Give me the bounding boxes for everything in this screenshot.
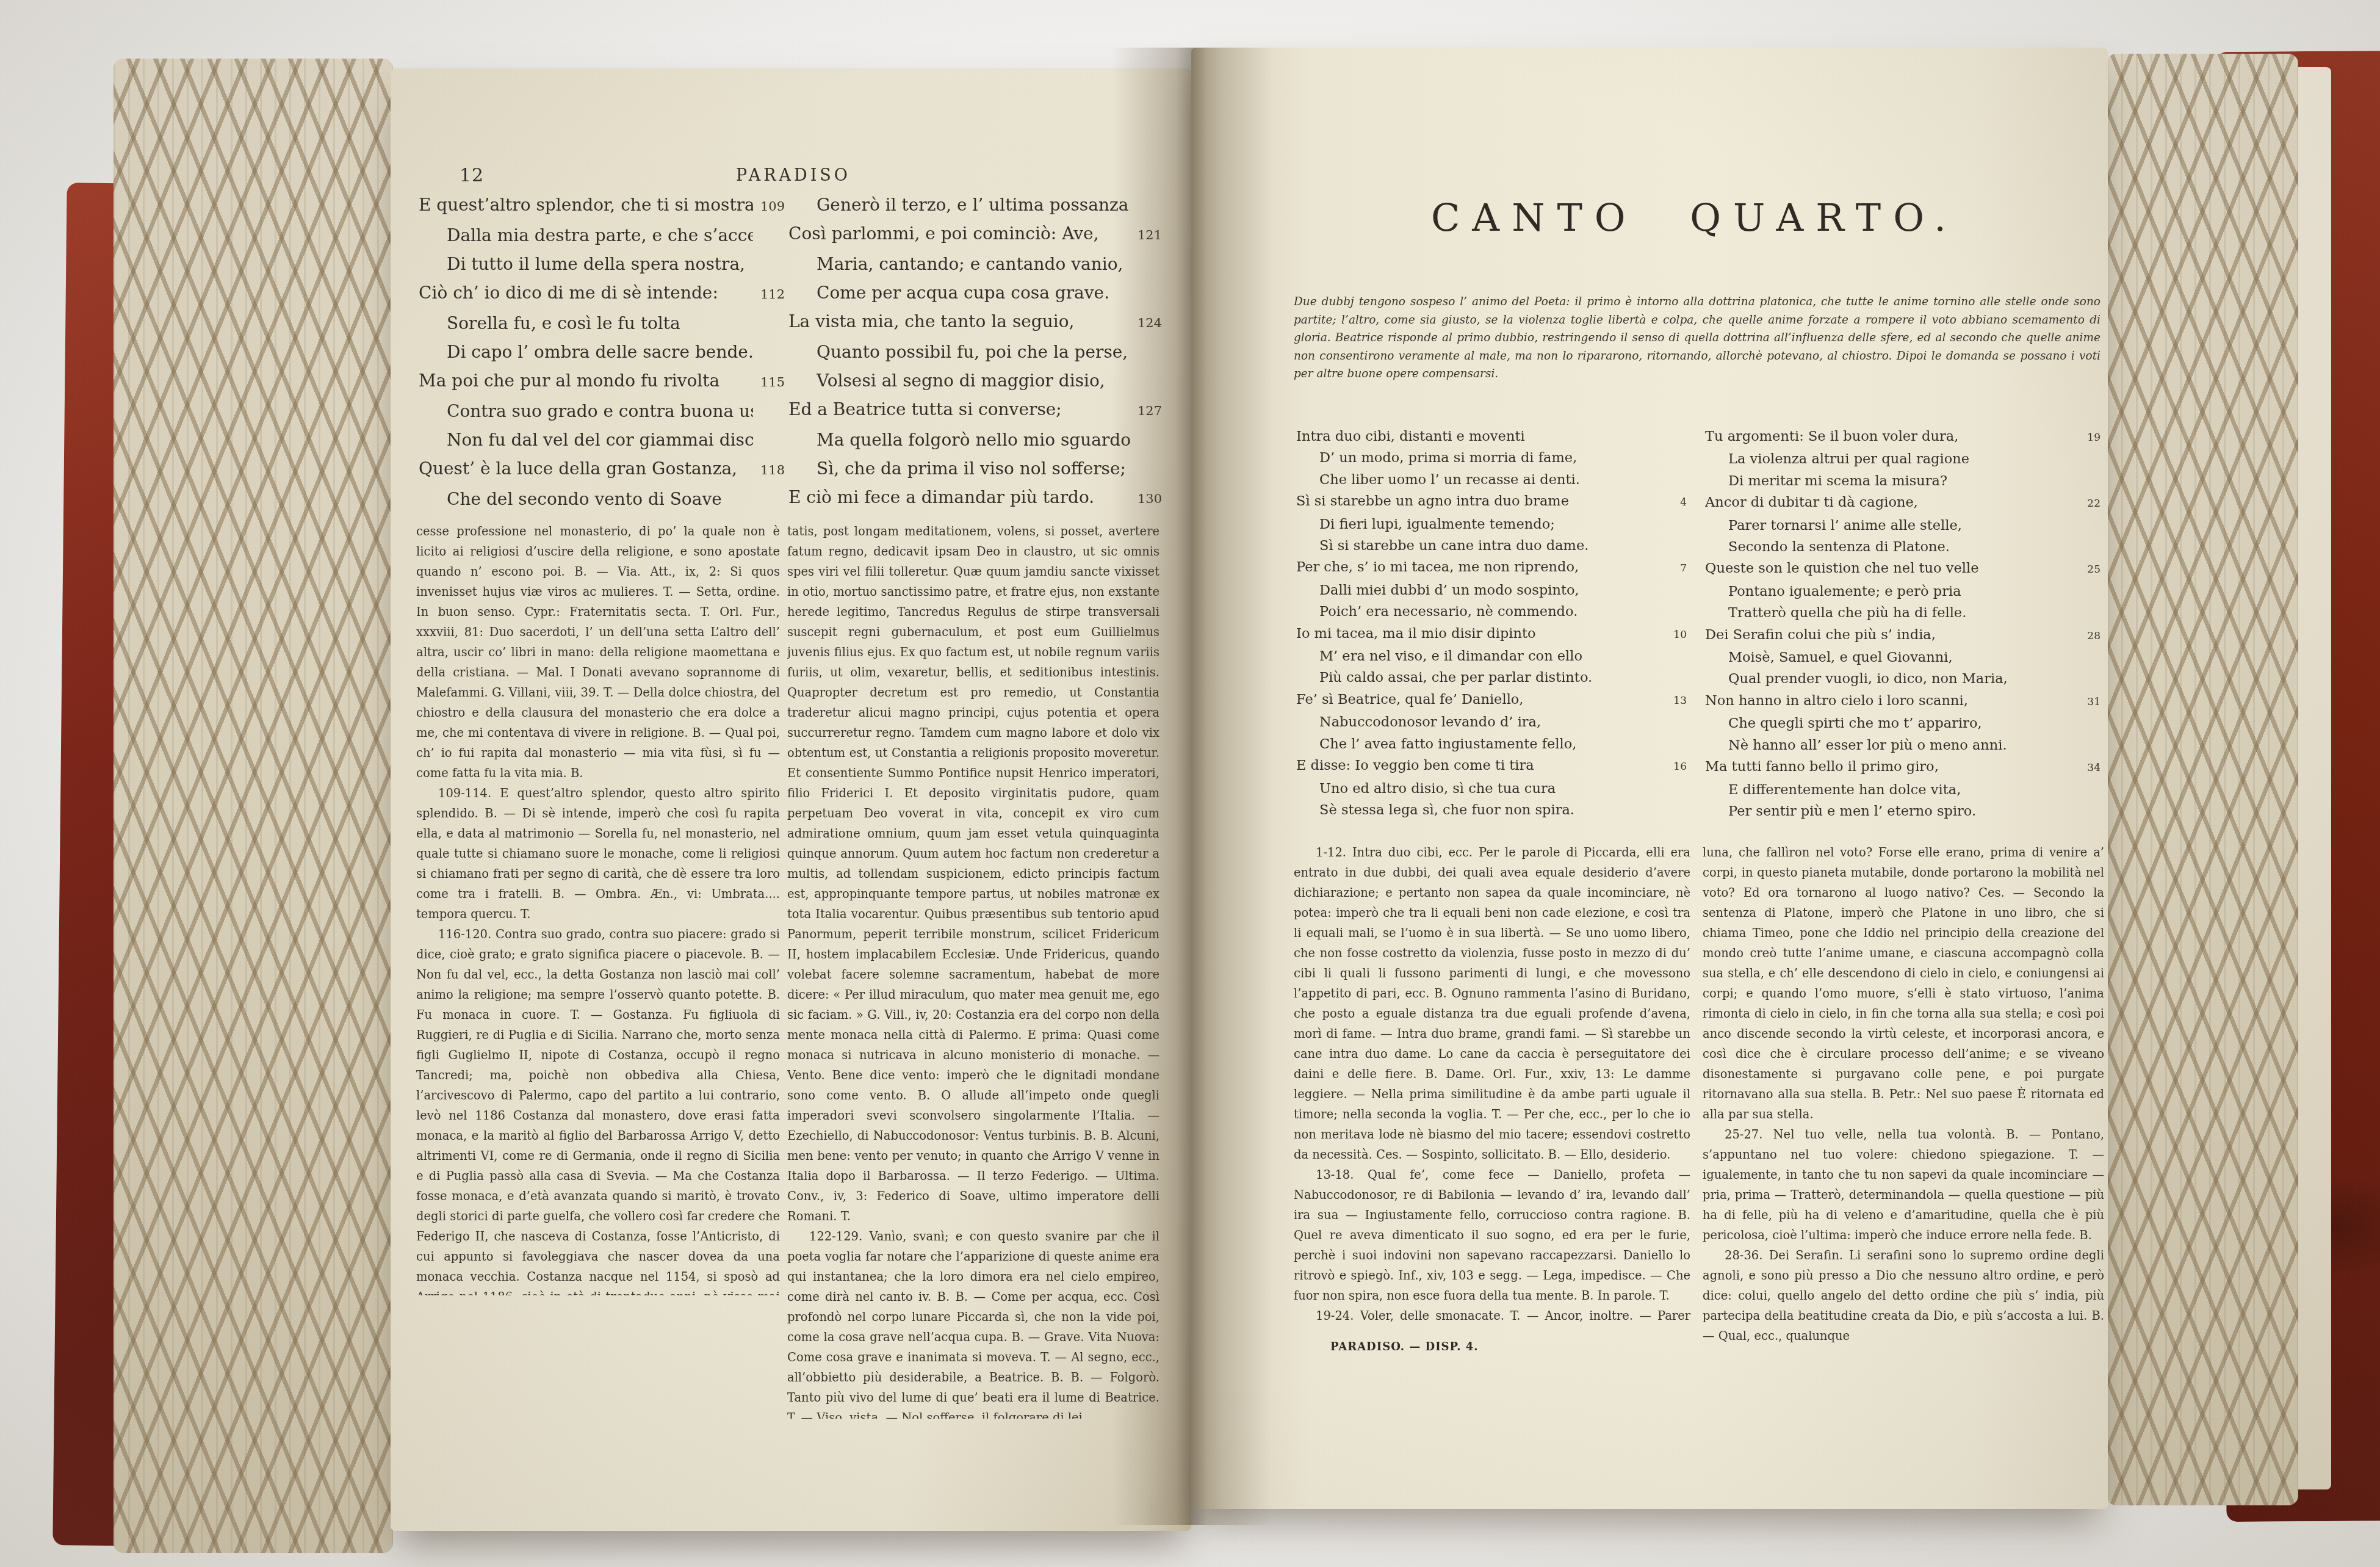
verse-text: Quest’ è la luce della gran Gostanza, <box>419 454 753 483</box>
verse-text: Ciò ch’ io dico di me di sè intende: <box>419 278 753 307</box>
running-header: PARADISO <box>415 166 1172 185</box>
verse-text: Che liber uomo l’ un recasse ai denti. <box>1296 469 1660 491</box>
verse-text: Più caldo assai, che per parlar distinto… <box>1296 667 1660 689</box>
verse-text: Che l’ avea fatto ingiustamente fello, <box>1296 734 1660 755</box>
verse-line: E disse: Io veggio ben come ti tira16 <box>1296 755 1687 778</box>
verse-text: Dalla mia destra parte, e che s’accende <box>419 221 753 250</box>
verse-line: Parer tornarsi l’ anime alle stelle, <box>1705 515 2101 537</box>
verse-number: 4 <box>1660 492 1687 513</box>
verse-text: Queste son le quistion che nel tuo velle <box>1705 558 2074 579</box>
left-page: 12 PARADISO E quest’altro splendor, che … <box>391 68 1191 1531</box>
verse-text: E quest’altro splendor, che ti si mostra <box>419 190 753 219</box>
verse-line: Ancor di dubitar ti dà cagione,22 <box>1705 492 2101 515</box>
commentary-paragraph: cesse professione nel monasterio, di po’… <box>416 521 780 783</box>
verse-text: Secondo la sentenza di Platone. <box>1705 537 2074 558</box>
verse-line: Contra suo grado e contra buona usanza, <box>419 397 785 425</box>
verse-text: Non hanno in altro cielo i loro scanni, <box>1705 690 2074 712</box>
verse-line: Sì si starebbe un cane intra duo dame. <box>1296 535 1687 557</box>
verse-line: Non fu dal vel del cor giammai disciolta… <box>419 425 785 454</box>
verse-line: E differentemente han dolce vita, <box>1705 780 2101 801</box>
verse-text: Generò il terzo, e l’ ultima possanza. <box>788 190 1130 219</box>
verse-number: 109 <box>753 192 785 221</box>
verse-number: 10 <box>1660 624 1687 646</box>
left-page-edges <box>114 59 393 1553</box>
verse-column-2: Tu argomenti: Se il buon voler dura,19La… <box>1705 426 2101 822</box>
verse-text: Uno ed altro disio, sì che tua cura <box>1296 778 1660 800</box>
verse-line: Moisè, Samuel, e quel Giovanni, <box>1705 647 2101 668</box>
verse-number: 7 <box>1660 558 1687 579</box>
verse-line: Che quegli spirti che mo t’ appariro, <box>1705 713 2101 734</box>
verse-number: 130 <box>1130 485 1162 513</box>
verse-line: Tratterò quella che più ha di felle. <box>1705 603 2101 624</box>
verse-text: Sè stessa lega sì, che fuor non spira. <box>1296 800 1660 821</box>
verse-line: Che del secondo vento di Soave <box>419 485 785 513</box>
verse-text: Nè hanno all’ esser lor più o meno anni. <box>1705 735 2074 756</box>
verse-line: E quest’altro splendor, che ti si mostra… <box>419 190 785 221</box>
commentary-paragraph: 13-18. Qual fe’, come fece — Daniello, p… <box>1294 1165 1690 1306</box>
verse-line: Sì si starebbe un agno intra duo brame4 <box>1296 491 1687 513</box>
verse-line: Che l’ avea fatto ingiustamente fello, <box>1296 734 1687 755</box>
verse-text: Pontano igualemente; e però pria <box>1705 581 2074 603</box>
verse-number: 118 <box>753 456 785 485</box>
verse-text: Poich’ era necessario, nè commendo. <box>1296 601 1660 623</box>
verse-line: La violenza altrui per qual ragione <box>1705 449 2101 470</box>
verse-text: Non fu dal vel del cor giammai disciolta… <box>419 425 753 454</box>
canto-title: CANTO QUARTO. <box>1289 195 2101 240</box>
verse-number: 25 <box>2074 559 2101 581</box>
verse-text: Per che, s’ io mi tacea, me non riprendo… <box>1296 557 1660 578</box>
verse-number: 31 <box>2074 692 2101 713</box>
commentary-paragraph: 19-24. Voler, delle smonacate. T. — Anco… <box>1294 1306 1690 1331</box>
verse-number: 13 <box>1660 690 1687 712</box>
printer-signature: PARADISO. — DISP. 4. <box>1330 1341 1478 1353</box>
verse-line: Uno ed altro disio, sì che tua cura <box>1296 778 1687 800</box>
verse-line: Io mi tacea, ma il mio disir dipinto10 <box>1296 623 1687 646</box>
verse-text: Parer tornarsi l’ anime alle stelle, <box>1705 515 2074 537</box>
verse-text: Ma quella folgorò nello mio sguardo <box>788 425 1130 454</box>
verse-number: 121 <box>1130 221 1162 250</box>
verse-number: 127 <box>1130 397 1162 425</box>
verse-column-1: E quest’altro splendor, che ti si mostra… <box>419 190 785 513</box>
verse-text: Dei Serafin colui che più s’ india, <box>1705 624 2074 646</box>
verse-line: Nabuccodonosor levando d’ ira, <box>1296 712 1687 733</box>
verse-number: 112 <box>753 280 785 309</box>
right-page-edges <box>2107 54 2298 1505</box>
verse-line: Nè hanno all’ esser lor più o meno anni. <box>1705 735 2101 756</box>
verse-line: Di capo l’ ombra delle sacre bende. <box>419 338 785 366</box>
verse-line: Sè stessa lega sì, che fuor non spira. <box>1296 800 1687 821</box>
verse-line: Quest’ è la luce della gran Gostanza,118 <box>419 454 785 485</box>
verse-number: 16 <box>1660 756 1687 778</box>
verse-line: Secondo la sentenza di Platone. <box>1705 537 2101 558</box>
verse-line: Ma tutti fanno bello il primo giro,34 <box>1705 756 2101 779</box>
verse-text: Fe’ sì Beatrice, qual fe’ Daniello, <box>1296 689 1660 711</box>
verse-text: E disse: Io veggio ben come ti tira <box>1296 755 1660 776</box>
verse-text: Che quegli spirti che mo t’ appariro, <box>1705 713 2074 734</box>
verse-text: Qual prender vuogli, io dico, non Maria, <box>1705 668 2074 690</box>
verse-number: 19 <box>2074 427 2101 449</box>
verse-text: Ed a Beatrice tutta si converse; <box>788 395 1130 424</box>
verse-number: 124 <box>1130 309 1162 338</box>
verse-number: 22 <box>2074 493 2101 515</box>
verse-line: Tu argomenti: Se il buon voler dura,19 <box>1705 426 2101 449</box>
verse-number: 115 <box>753 368 785 397</box>
verse-text: Intra duo cibi, distanti e moventi <box>1296 426 1660 447</box>
verse-line: Più caldo assai, che per parlar distinto… <box>1296 667 1687 689</box>
verse-line: Ma poi che pur al mondo fu rivolta115 <box>419 366 785 397</box>
verse-line: Intra duo cibi, distanti e moventi <box>1296 426 1687 447</box>
verse-text: Di meritar mi scema la misura? <box>1705 471 2074 492</box>
verse-text: Ma poi che pur al mondo fu rivolta <box>419 366 753 395</box>
verse-text: Che del secondo vento di Soave <box>419 485 753 513</box>
verse-text: Quanto possibil fu, poi che la perse, <box>788 338 1130 366</box>
verse-line: Di tutto il lume della spera nostra, <box>419 250 785 278</box>
verse-text: Sì, che da prima il viso nol sofferse; <box>788 454 1130 483</box>
verse-text: Maria, cantando; e cantando vanio, <box>788 250 1130 278</box>
verse-line: Non hanno in altro cielo i loro scanni,3… <box>1705 690 2101 713</box>
verse-text: E ciò mi fece a dimandar più tardo. <box>788 483 1130 512</box>
verse-text: Tu argomenti: Se il buon voler dura, <box>1705 426 2074 447</box>
verse-line: M’ era nel viso, e il dimandar con ello <box>1296 646 1687 667</box>
verse-line: Di meritar mi scema la misura? <box>1705 471 2101 492</box>
verse-line: Maria, cantando; e cantando vanio, <box>788 250 1162 278</box>
verse-column-2: Generò il terzo, e l’ ultima possanza.Co… <box>788 190 1162 513</box>
verse-line: Dalli miei dubbi d’ un modo sospinto, <box>1296 580 1687 601</box>
verse-line: Volsesi al segno di maggior disio, <box>788 366 1162 395</box>
book-photo: 12 PARADISO E quest’altro splendor, che … <box>0 0 2380 1567</box>
commentary-column-2: luna, che fallìron nel voto? Forse elle … <box>1703 842 2104 1373</box>
verse-line: Poich’ era necessario, nè commendo. <box>1296 601 1687 623</box>
verse-text: Come per acqua cupa cosa grave. <box>788 278 1130 307</box>
verse-text: La violenza altrui per qual ragione <box>1705 449 2074 470</box>
verse-line: Ma quella folgorò nello mio sguardo <box>788 425 1162 454</box>
commentary-column-2: tatis, post longam meditationem, volens,… <box>787 521 1159 1419</box>
verse-text: Dalli miei dubbi d’ un modo sospinto, <box>1296 580 1660 601</box>
verse-text: Volsesi al segno di maggior disio, <box>788 366 1130 395</box>
verse-line: Sorella fu, e così le fu tolta <box>419 309 785 338</box>
verse-line: D’ un modo, prima si morria di fame, <box>1296 447 1687 469</box>
verse-line: Ed a Beatrice tutta si converse;127 <box>788 395 1162 425</box>
verse-text: Per sentir più e men l’ eterno spiro. <box>1705 801 2074 822</box>
verse-text: D’ un modo, prima si morria di fame, <box>1296 447 1660 469</box>
verse-line: Per che, s’ io mi tacea, me non riprendo… <box>1296 557 1687 579</box>
verse-text: Moisè, Samuel, e quel Giovanni, <box>1705 647 2074 668</box>
verse-text: Ma tutti fanno bello il primo giro, <box>1705 756 2074 778</box>
verse-text: Di fieri lupi, igualmente temendo; <box>1296 514 1660 535</box>
commentary-paragraph: 116-120. Contra suo grado, contra suo pi… <box>416 924 780 1295</box>
verse-line: Così parlommi, e poi cominciò: Ave,121 <box>788 219 1162 250</box>
verse-line: Come per acqua cupa cosa grave. <box>788 278 1162 307</box>
verse-column-1: Intra duo cibi, distanti e moventiD’ un … <box>1296 426 1687 821</box>
verse-text: Nabuccodonosor levando d’ ira, <box>1296 712 1660 733</box>
verse-text: Di capo l’ ombra delle sacre bende. <box>419 338 753 366</box>
verse-text: Io mi tacea, ma il mio disir dipinto <box>1296 623 1660 645</box>
verse-line: E ciò mi fece a dimandar più tardo.130 <box>788 483 1162 513</box>
verse-line: La vista mia, che tanto la seguio,124 <box>788 307 1162 338</box>
verse-text: M’ era nel viso, e il dimandar con ello <box>1296 646 1660 667</box>
verse-text: Di tutto il lume della spera nostra, <box>419 250 753 278</box>
verse-number: 34 <box>2074 758 2101 779</box>
commentary-column-1: cesse professione nel monasterio, di po’… <box>416 521 780 1295</box>
verse-text: La vista mia, che tanto la seguio, <box>788 307 1130 336</box>
verse-line: Qual prender vuogli, io dico, non Maria, <box>1705 668 2101 690</box>
verse-line: Generò il terzo, e l’ ultima possanza. <box>788 190 1162 219</box>
verse-line: Per sentir più e men l’ eterno spiro. <box>1705 801 2101 822</box>
verse-line: Di fieri lupi, igualmente temendo; <box>1296 514 1687 535</box>
commentary-paragraph: 25-27. Nel tuo velle, nella tua volontà.… <box>1703 1124 2104 1245</box>
verse-line: Dalla mia destra parte, e che s’accende <box>419 221 785 250</box>
verse-line: Sì, che da prima il viso nol sofferse; <box>788 454 1162 483</box>
verse-text: Sì si starebbe un cane intra duo dame. <box>1296 535 1660 557</box>
verse-line: Che liber uomo l’ un recasse ai denti. <box>1296 469 1687 491</box>
verse-line: Ciò ch’ io dico di me di sè intende:112 <box>419 278 785 309</box>
commentary-paragraph: 1-12. Intra duo cibi, ecc. Per le parole… <box>1294 842 1690 1165</box>
commentary-paragraph: 28-36. Dei Serafin. Li serafini sono lo … <box>1703 1245 2104 1346</box>
verse-text: Ancor di dubitar ti dà cagione, <box>1705 492 2074 513</box>
right-page: CANTO QUARTO. Due dubbj tengono sospeso … <box>1191 48 2108 1509</box>
verse-number: 28 <box>2074 626 2101 647</box>
commentary-paragraph: 109-114. E quest’altro splendor, questo … <box>416 783 780 924</box>
commentary-paragraph: 122-129. Vanìo, svanì; e con questo svan… <box>787 1226 1159 1419</box>
verse-line: Fe’ sì Beatrice, qual fe’ Daniello,13 <box>1296 689 1687 712</box>
canto-argument: Due dubbj tengono sospeso l’ animo del P… <box>1294 293 2101 413</box>
verse-line: Queste son le quistion che nel tuo velle… <box>1705 558 2101 581</box>
commentary-column-1: 1-12. Intra duo cibi, ecc. Per le parole… <box>1294 842 1690 1331</box>
verse-line: Quanto possibil fu, poi che la perse, <box>788 338 1162 366</box>
verse-text: E differentemente han dolce vita, <box>1705 780 2074 801</box>
verse-line: Pontano igualemente; e però pria <box>1705 581 2101 603</box>
verse-text: Contra suo grado e contra buona usanza, <box>419 397 753 425</box>
commentary-paragraph: luna, che fallìron nel voto? Forse elle … <box>1703 842 2104 1124</box>
verse-text: Sorella fu, e così le fu tolta <box>419 309 753 338</box>
commentary-paragraph: tatis, post longam meditationem, volens,… <box>787 521 1159 1226</box>
verse-text: Tratterò quella che più ha di felle. <box>1705 603 2074 624</box>
verse-text: Sì si starebbe un agno intra duo brame <box>1296 491 1660 512</box>
verse-line: Dei Serafin colui che più s’ india,28 <box>1705 624 2101 647</box>
verse-text: Così parlommi, e poi cominciò: Ave, <box>788 219 1130 248</box>
